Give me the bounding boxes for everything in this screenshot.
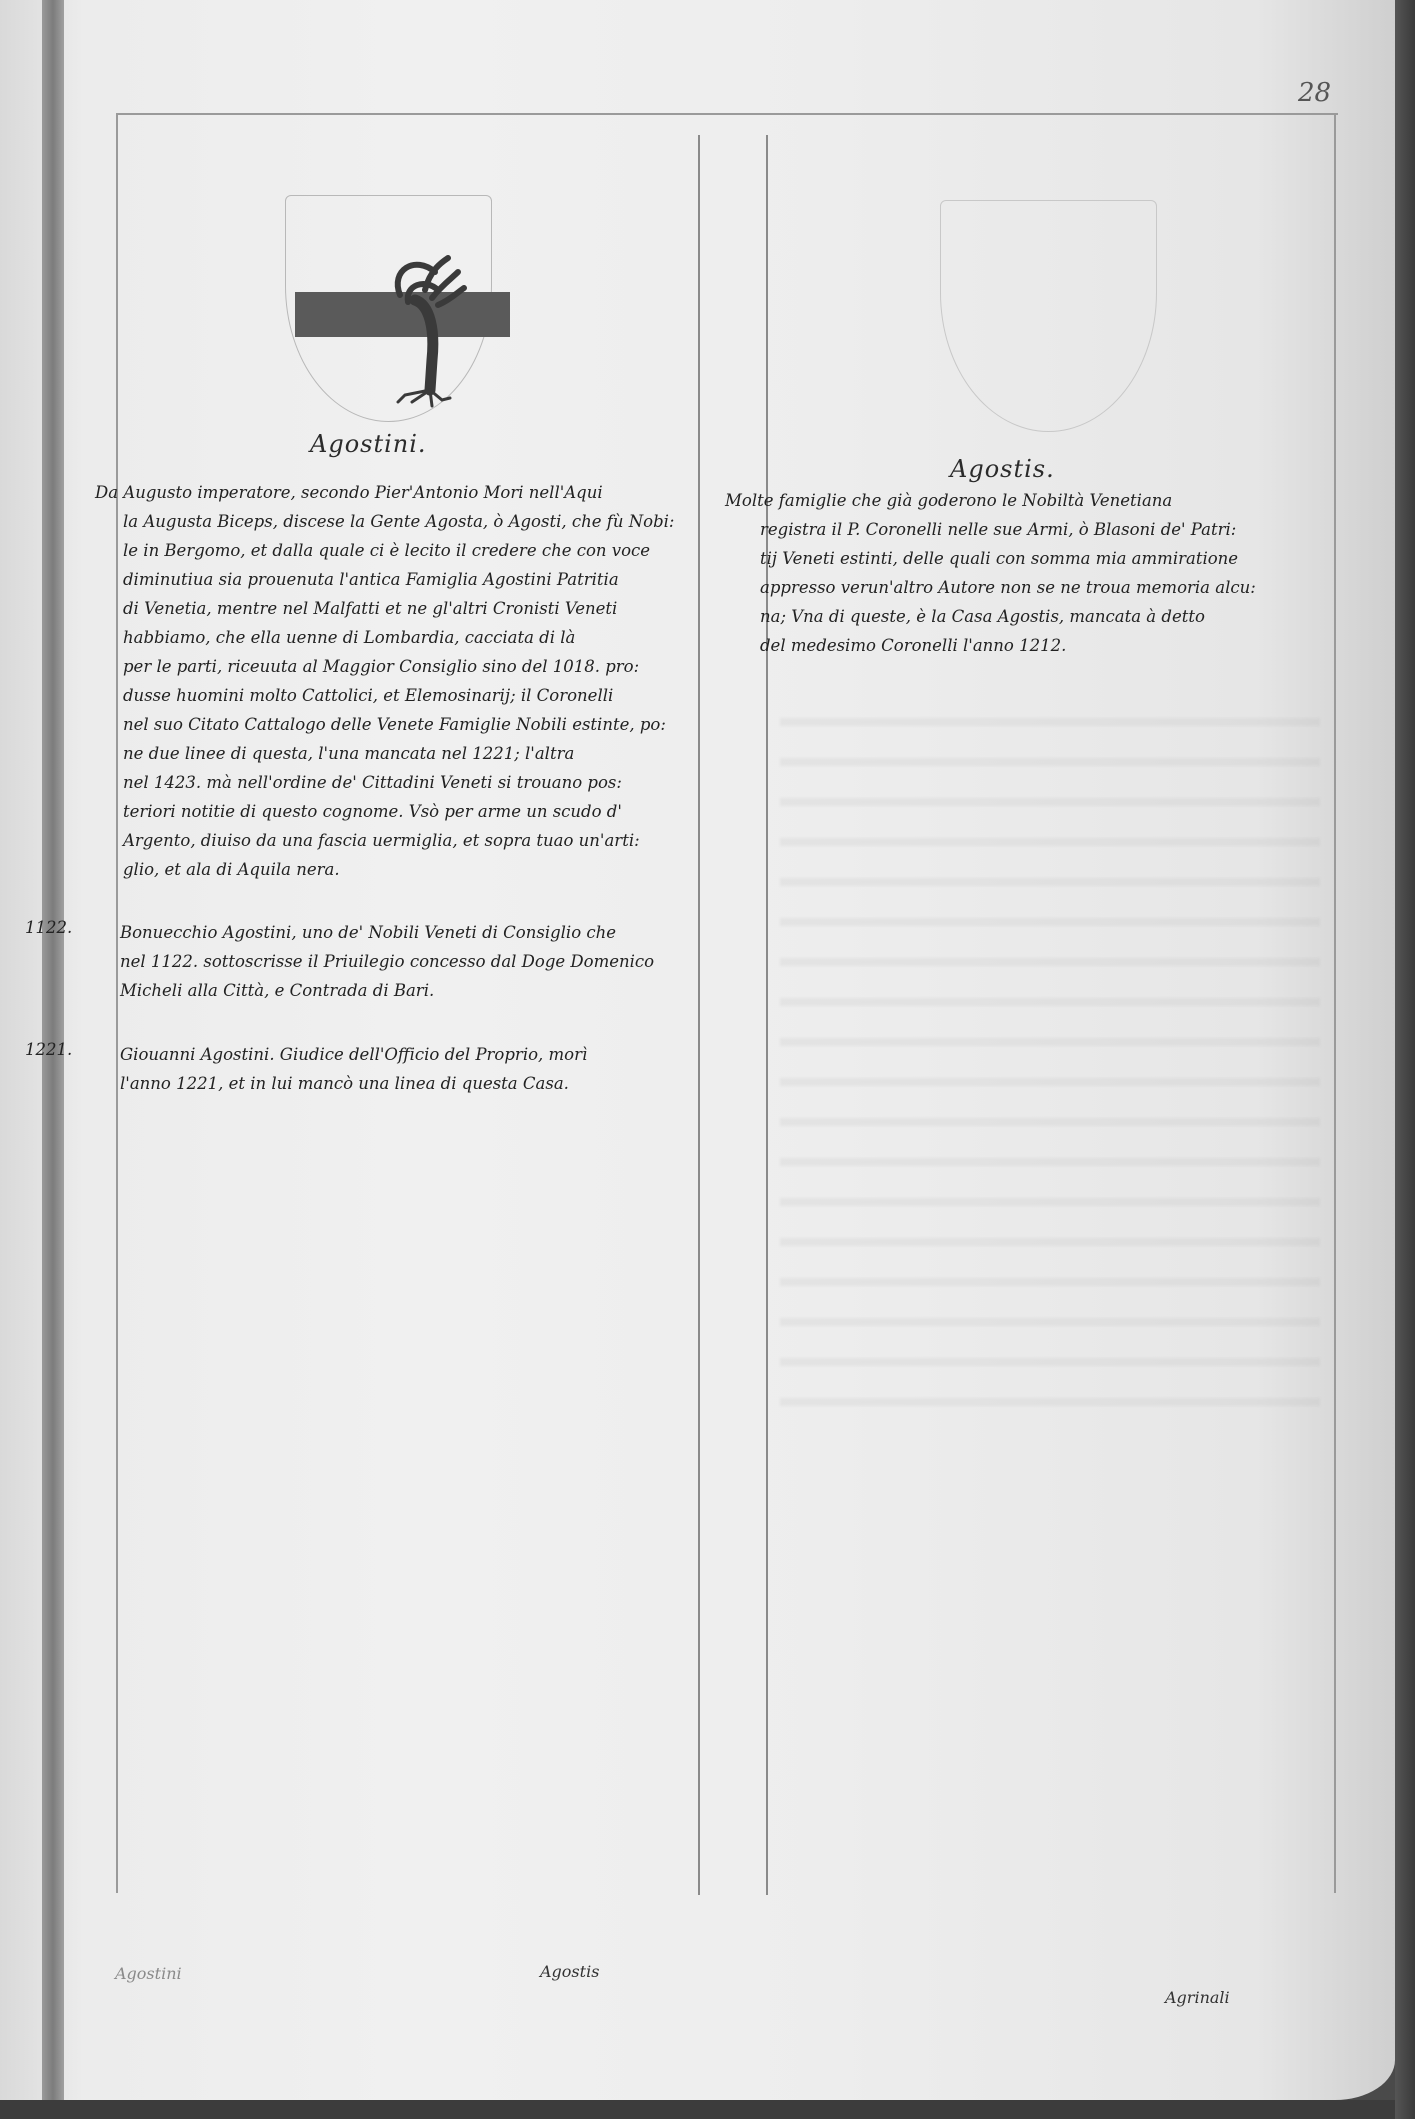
text-line: Giouanni Agostini. Giudice dell'Officio … <box>25 1040 715 1069</box>
agostis-description: Molte famiglie che già goderono le Nobil… <box>725 486 1325 660</box>
text-line: nel 1423. mà nell'ordine de' Cittadini V… <box>95 768 695 797</box>
scan-background-bottom <box>0 2100 1415 2119</box>
text-line: Da Augusto imperatore, secondo Pier'Anto… <box>95 478 695 507</box>
text-line: glio, et ala di Aquila nera. <box>95 855 695 884</box>
entry-year: 1122. <box>25 918 115 937</box>
text-line: na; Vna di queste, è la Casa Agostis, ma… <box>725 602 1325 631</box>
text-line: Bonuecchio Agostini, uno de' Nobili Vene… <box>25 918 715 947</box>
text-line: ne due linee di questa, l'una mancata ne… <box>95 739 695 768</box>
eagle-leg-icon <box>360 250 480 410</box>
catchword-right: Agrinali <box>1165 1988 1230 2007</box>
text-line: dusse huomini molto Cattolici, et Elemos… <box>95 681 695 710</box>
text-line: nel 1122. sottoscrisse il Priuilegio con… <box>25 947 715 976</box>
text-line: per le parti, riceuuta al Maggior Consig… <box>95 652 695 681</box>
text-line: Argento, diuiso da una fascia uermiglia,… <box>95 826 695 855</box>
text-line: di Venetia, mentre nel Malfatti et ne gl… <box>95 594 695 623</box>
entry-giouanni-agostini: 1221. Giouanni Agostini. Giudice dell'Of… <box>25 1040 715 1098</box>
heading-agostini: Agostini. <box>310 430 427 458</box>
column-divider-left-rule <box>698 135 700 1895</box>
column-divider-right-rule <box>766 135 768 1895</box>
text-line: teriori notitie di questo cognome. Vsò p… <box>95 797 695 826</box>
text-line: tij Veneti estinti, delle quali con somm… <box>725 544 1325 573</box>
entry-year: 1221. <box>25 1040 115 1059</box>
folio-number: 28 <box>1298 78 1331 108</box>
catchword-left: Agostini <box>115 1964 182 1983</box>
text-line: la Augusta Biceps, discese la Gente Agos… <box>95 507 695 536</box>
text-line: habbiamo, che ella uenne di Lombardia, c… <box>95 623 695 652</box>
text-line: Micheli alla Città, e Contrada di Bari. <box>25 976 715 1005</box>
entry-bonuecchio-agostini: 1122. Bonuecchio Agostini, uno de' Nobil… <box>25 918 715 1005</box>
text-line: del medesimo Coronelli l'anno 1212. <box>725 631 1325 660</box>
heading-agostis: Agostis. <box>950 455 1055 483</box>
coat-of-arms-agostis-empty <box>940 200 1157 432</box>
text-line: nel suo Citato Cattalogo delle Venete Fa… <box>95 710 695 739</box>
text-line: appresso verun'altro Autore non se ne tr… <box>725 573 1325 602</box>
agostini-description: Da Augusto imperatore, secondo Pier'Anto… <box>95 478 695 884</box>
catchword-center: Agostis <box>540 1962 599 1981</box>
text-line: diminutiua sia prouenuta l'antica Famigl… <box>95 565 695 594</box>
reverse-side-bleed-through <box>780 700 1320 1420</box>
frame-top-rule <box>118 113 1338 115</box>
manuscript-page: 28 Agostini. Agostis. Da Augusto imperat… <box>0 0 1395 2100</box>
frame-right-rule <box>1334 113 1336 1893</box>
text-line: Molte famiglie che già goderono le Nobil… <box>725 486 1325 515</box>
text-line: le in Bergomo, et dalla quale ci è lecit… <box>95 536 695 565</box>
text-line: l'anno 1221, et in lui mancò una linea d… <box>25 1069 715 1098</box>
text-line: registra il P. Coronelli nelle sue Armi,… <box>725 515 1325 544</box>
scan-background-right <box>1395 0 1415 2119</box>
